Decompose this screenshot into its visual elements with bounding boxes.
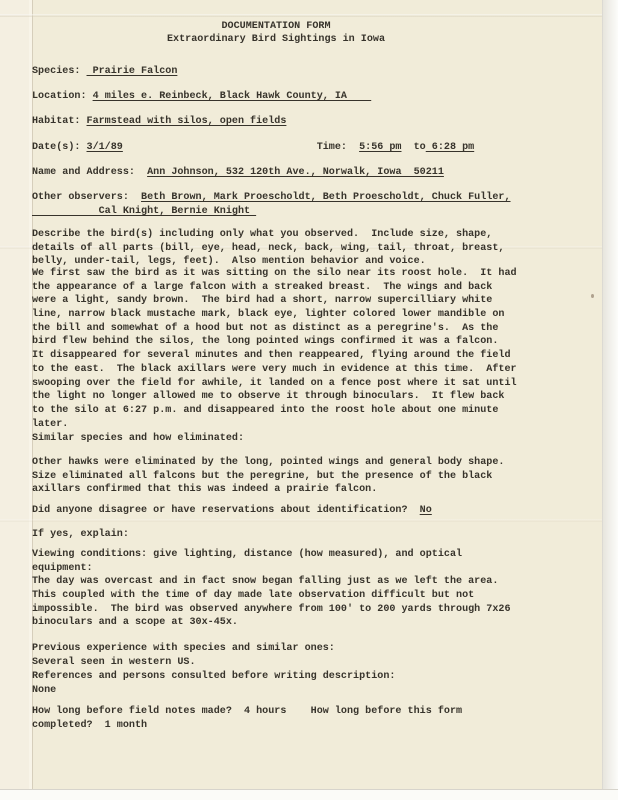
static-text: Name and Address: bbox=[32, 167, 147, 178]
references: References and persons consulted before … bbox=[32, 671, 395, 698]
filled-value: Prairie Falcon bbox=[87, 66, 178, 77]
static-text: Location: bbox=[32, 91, 93, 102]
static-text: swooping over the field for awhile, it l… bbox=[32, 378, 517, 389]
paper-speck bbox=[591, 294, 594, 298]
filled-value: Beth Brown, Mark Proescholdt, Beth Proes… bbox=[141, 192, 511, 203]
static-text: This coupled with the time of day made l… bbox=[32, 590, 474, 601]
static-text: Several seen in western US. bbox=[32, 657, 196, 668]
static-text: to the east. The black axillars were ver… bbox=[32, 364, 517, 375]
previous-experience: Previous experience with species and sim… bbox=[32, 643, 335, 670]
static-text: later. bbox=[32, 419, 68, 430]
text-line: Location: 4 miles e. Reinbeck, Black Haw… bbox=[32, 91, 371, 105]
static-text: Viewing conditions: give lighting, dista… bbox=[32, 549, 462, 560]
text-line: Species: Prairie Falcon bbox=[32, 66, 177, 80]
filled-value: Ann Johnson, 532 120th Ave., Norwalk, Io… bbox=[147, 167, 444, 178]
text-line: bird flew behind the silos, the long poi… bbox=[32, 336, 517, 350]
static-text: axillars confirmed that this was indeed … bbox=[32, 484, 377, 495]
static-text: Previous experience with species and sim… bbox=[32, 643, 335, 654]
paper-bottom-edge bbox=[0, 789, 618, 800]
species-row: Species: Prairie Falcon bbox=[32, 66, 177, 80]
text-line: line, narrow black mustache mark, black … bbox=[32, 309, 517, 323]
other-observers-rows: Other observers: Beth Brown, Mark Proesc… bbox=[32, 192, 511, 219]
text-line: The day was overcast and in fact snow be… bbox=[32, 576, 511, 590]
filled-value: 3/1/89 bbox=[87, 142, 123, 153]
static-text: line, narrow black mustache mark, black … bbox=[32, 309, 504, 320]
static-text: Species: bbox=[32, 66, 87, 77]
static-text: How long before field notes made? 4 hour… bbox=[32, 706, 462, 717]
static-text: were a light, sandy brown. The bird had … bbox=[32, 295, 492, 306]
static-text: Did anyone disagree or have reservations… bbox=[32, 505, 420, 516]
if-yes-row: If yes, explain: bbox=[32, 529, 129, 543]
text-line: Other observers: Beth Brown, Mark Proesc… bbox=[32, 192, 511, 206]
name-address-row: Name and Address: Ann Johnson, 532 120th… bbox=[32, 167, 444, 181]
text-line: axillars confirmed that this was indeed … bbox=[32, 484, 504, 498]
text-line: Other hawks were eliminated by the long,… bbox=[32, 457, 504, 471]
text-line: later. bbox=[32, 419, 517, 433]
static-text: None bbox=[32, 685, 56, 696]
text-line: References and persons consulted before … bbox=[32, 671, 395, 685]
description-paragraph: We first saw the bird as it was sitting … bbox=[32, 268, 517, 432]
static-text: binoculars and a scope at 30x-45x. bbox=[32, 617, 238, 628]
form-header: DOCUMENTATION FORM Extraordinary Bird Si… bbox=[32, 21, 520, 46]
text-line: How long before field notes made? 4 hour… bbox=[32, 706, 462, 720]
text-line: Similar species and how eliminated: bbox=[32, 433, 244, 447]
filled-value: Farmstead with silos, open fields bbox=[87, 116, 287, 127]
static-text: References and persons consulted before … bbox=[32, 671, 395, 682]
filled-value: 4 miles e. Reinbeck, Black Hawk County, … bbox=[93, 91, 372, 102]
text-line: equipment: bbox=[32, 563, 511, 577]
how-long: How long before field notes made? 4 hour… bbox=[32, 706, 462, 733]
filled-value: No bbox=[420, 505, 432, 516]
static-text: Size eliminated all falcons but the pere… bbox=[32, 471, 492, 482]
static-text: completed? 1 month bbox=[32, 720, 147, 731]
text-line: Name and Address: Ann Johnson, 532 120th… bbox=[32, 167, 444, 181]
static-text: Other hawks were eliminated by the long,… bbox=[32, 457, 504, 468]
static-text: the light no longer allowed me to observ… bbox=[32, 391, 504, 402]
text-line: Did anyone disagree or have reservations… bbox=[32, 505, 432, 519]
filled-value: 5:56 pm bbox=[359, 142, 401, 153]
static-text: equipment: bbox=[32, 563, 93, 574]
static-text: to bbox=[402, 142, 426, 153]
text-line: Viewing conditions: give lighting, dista… bbox=[32, 549, 511, 563]
static-text: It disappeared for several minutes and t… bbox=[32, 350, 511, 361]
habitat-row: Habitat: Farmstead with silos, open fiel… bbox=[32, 116, 286, 130]
text-line: the light no longer allowed me to observ… bbox=[32, 391, 517, 405]
form-title: DOCUMENTATION FORM bbox=[32, 21, 520, 34]
static-text: details of all parts (bill, eye, head, n… bbox=[32, 243, 504, 254]
filled-value: Cal Knight, Bernie Knight bbox=[32, 206, 256, 217]
text-line: details of all parts (bill, eye, head, n… bbox=[32, 243, 504, 257]
static-text: to the silo at 6:27 p.m. and disappeared… bbox=[32, 405, 498, 416]
similar-species-heading: Similar species and how eliminated: bbox=[32, 433, 244, 447]
filled-value: 6:28 pm bbox=[426, 142, 474, 153]
static-text: Time: bbox=[123, 142, 359, 153]
static-text: Similar species and how eliminated: bbox=[32, 433, 244, 444]
text-line: were a light, sandy brown. The bird had … bbox=[32, 295, 517, 309]
static-text: The day was overcast and in fact snow be… bbox=[32, 576, 498, 587]
paper-left-edge bbox=[0, 0, 29, 790]
text-line: completed? 1 month bbox=[32, 720, 462, 734]
text-line: Date(s): 3/1/89 Time: 5:56 pm to 6:28 pm bbox=[32, 142, 474, 156]
text-line: impossible. The bird was observed anywhe… bbox=[32, 604, 511, 618]
text-line: the bill and somewhat of a hood but not … bbox=[32, 323, 517, 337]
static-text: the appearance of a large falcon with a … bbox=[32, 282, 492, 293]
date-time-row: Date(s): 3/1/89 Time: 5:56 pm to 6:28 pm bbox=[32, 142, 474, 156]
static-text: Date(s): bbox=[32, 142, 87, 153]
text-line: to the silo at 6:27 p.m. and disappeared… bbox=[32, 405, 517, 419]
form-subtitle: Extraordinary Bird Sightings in Iowa bbox=[32, 34, 520, 47]
static-text: We first saw the bird as it was sitting … bbox=[32, 268, 517, 279]
static-text: Other observers: bbox=[32, 192, 141, 203]
viewing-conditions: Viewing conditions: give lighting, dista… bbox=[32, 549, 511, 631]
text-line: Several seen in western US. bbox=[32, 657, 335, 671]
static-text: the bill and somewhat of a hood but not … bbox=[32, 323, 498, 334]
text-line: This coupled with the time of day made l… bbox=[32, 590, 511, 604]
paper-crease bbox=[0, 519, 618, 522]
text-line: swooping over the field for awhile, it l… bbox=[32, 378, 517, 392]
static-text: bird flew behind the silos, the long poi… bbox=[32, 336, 498, 347]
text-line: Describe the bird(s) including only what… bbox=[32, 229, 504, 243]
text-line: None bbox=[32, 685, 395, 699]
static-text: Habitat: bbox=[32, 116, 87, 127]
document-page: DOCUMENTATION FORM Extraordinary Bird Si… bbox=[0, 0, 618, 800]
text-line: It disappeared for several minutes and t… bbox=[32, 350, 517, 364]
text-line: Cal Knight, Bernie Knight bbox=[32, 206, 511, 220]
static-text: belly, under-tail, legs, feet). Also men… bbox=[32, 256, 426, 267]
similar-species-paragraph: Other hawks were eliminated by the long,… bbox=[32, 457, 504, 498]
text-line: the appearance of a large falcon with a … bbox=[32, 282, 517, 296]
static-text: If yes, explain: bbox=[32, 529, 129, 540]
paper-crease bbox=[0, 14, 618, 17]
disagree-row: Did anyone disagree or have reservations… bbox=[32, 505, 432, 519]
text-line: binoculars and a scope at 30x-45x. bbox=[32, 617, 511, 631]
text-line: If yes, explain: bbox=[32, 529, 129, 543]
static-text: impossible. The bird was observed anywhe… bbox=[32, 604, 511, 615]
text-line: We first saw the bird as it was sitting … bbox=[32, 268, 517, 282]
static-text: Describe the bird(s) including only what… bbox=[32, 229, 492, 240]
location-row: Location: 4 miles e. Reinbeck, Black Haw… bbox=[32, 91, 371, 105]
text-line: to the east. The black axillars were ver… bbox=[32, 364, 517, 378]
describe-prompt: Describe the bird(s) including only what… bbox=[32, 229, 504, 270]
text-line: Habitat: Farmstead with silos, open fiel… bbox=[32, 116, 286, 130]
text-line: Size eliminated all falcons but the pere… bbox=[32, 471, 504, 485]
text-line: Previous experience with species and sim… bbox=[32, 643, 335, 657]
paper-right-edge bbox=[602, 0, 618, 800]
